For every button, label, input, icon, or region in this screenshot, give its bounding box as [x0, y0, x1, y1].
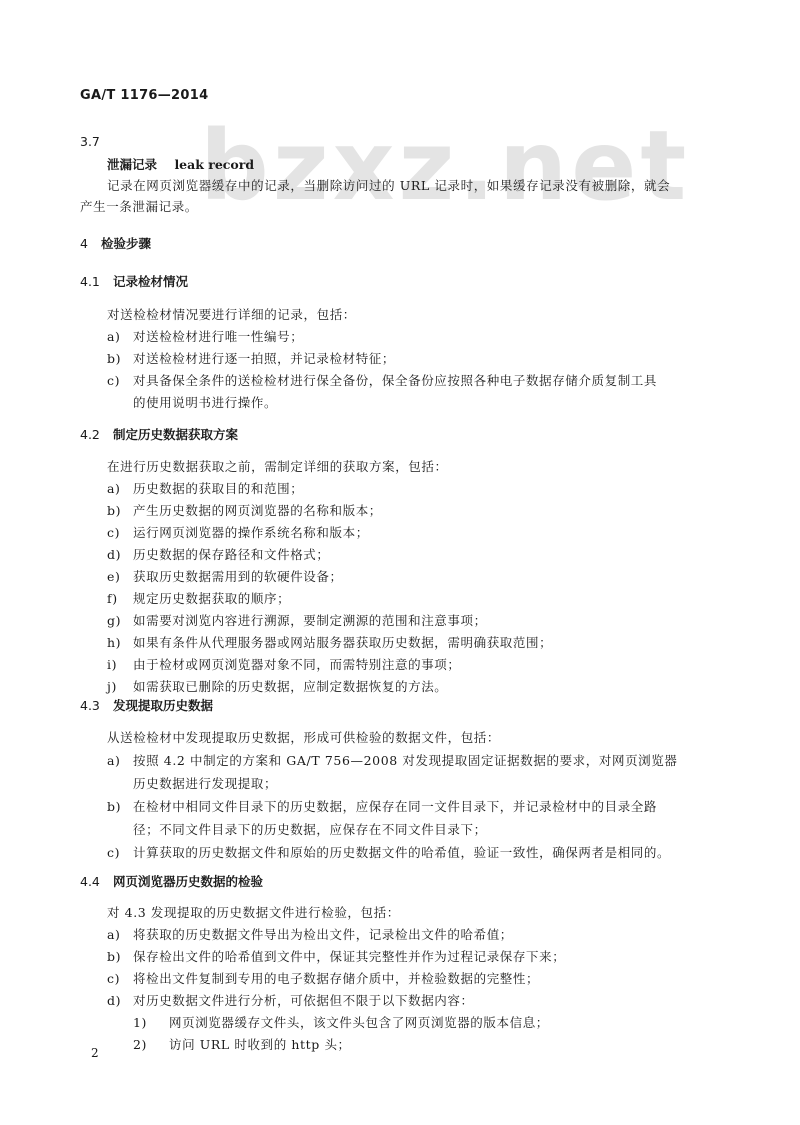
- list-item: c)运行网页浏览器的操作系统名称和版本；: [107, 523, 369, 541]
- document-page: GA/T 1176—2014 3.7 泄漏记录 leak record 记录在网…: [0, 0, 800, 1125]
- section-title: 发现提取历史数据: [113, 698, 213, 713]
- list-item: g)如需要对浏览内容进行溯源，要制定溯源的范围和注意事项；: [107, 611, 487, 629]
- list-item: j)如需获取已删除的历史数据，应制定数据恢复的方法。: [107, 677, 447, 695]
- list-item: h)如果有条件从代理服务器或网站服务器获取历史数据，需明确获取范围；: [107, 633, 552, 651]
- list-item: i)由于检材或网页浏览器对象不同，而需特别注意的事项；: [107, 655, 461, 673]
- list-item: a)对送检检材进行唯一性编号；: [107, 327, 303, 345]
- list-item: a)将获取的历史数据文件导出为检出文件，记录检出文件的哈希值；: [107, 925, 513, 943]
- list-item: e)获取历史数据需用到的软硬件设备；: [107, 567, 343, 585]
- list-item: b)对送检检材进行逐一拍照，并记录检材特征；: [107, 349, 395, 367]
- section-number: 4.3: [80, 698, 100, 713]
- section-number: 4.4: [80, 874, 100, 889]
- section-title: 记录检材情况: [113, 274, 188, 289]
- section-number: 4: [80, 236, 88, 251]
- list-item: b)保存检出文件的哈希值到文件中，保证其完整性并作为过程记录保存下来；: [107, 947, 565, 965]
- document-code: GA/T 1176—2014: [80, 88, 208, 103]
- term-definition-line-1: 记录在网页浏览器缓存中的记录，当删除访问过的 URL 记录时，如果缓存记录没有被…: [107, 176, 670, 194]
- section-title: 制定历史数据获取方案: [113, 427, 238, 442]
- section-4-1-heading: 4.1 记录检材情况: [80, 272, 188, 290]
- term-zh: 泄漏记录: [107, 157, 157, 172]
- list-item: a)历史数据的获取目的和范围；: [107, 479, 303, 497]
- list-item: b)在检材中相同文件目录下的历史数据，应保存在同一文件目录下，并记录检材中的目录…: [107, 797, 657, 815]
- list-item: c)将检出文件复制到专用的电子数据存储介质中，并检验数据的完整性；: [107, 969, 539, 987]
- sub-list-item: 1)网页浏览器缓存文件头，该文件头包含了网页浏览器的版本信息；: [133, 1013, 549, 1031]
- section-4-4-heading: 4.4 网页浏览器历史数据的检验: [80, 872, 263, 890]
- list-item-continuation: 历史数据进行发现提取；: [133, 774, 277, 792]
- section-4-4-intro: 对 4.3 发现提取的历史数据文件进行检验，包括：: [107, 903, 400, 921]
- page-number: 2: [91, 1046, 99, 1060]
- term-title: 泄漏记录 leak record: [107, 155, 254, 173]
- list-item: d)历史数据的保存路径和文件格式；: [107, 545, 330, 563]
- section-number: 4.1: [80, 274, 100, 289]
- list-item: a)按照 4.2 中制定的方案和 GA/T 756—2008 对发现提取固定证据…: [107, 751, 677, 769]
- section-4-heading: 4 检验步骤: [80, 234, 151, 252]
- section-title: 检验步骤: [101, 236, 151, 251]
- list-item: c)对具备保全条件的送检检材进行保全备份，保全备份应按照各种电子数据存储介质复制…: [107, 371, 657, 389]
- section-title: 网页浏览器历史数据的检验: [113, 874, 263, 889]
- list-item: d)对历史数据文件进行分析，可依据但不限于以下数据内容：: [107, 991, 474, 1009]
- term-en: leak record: [174, 157, 254, 172]
- list-item-continuation: 径；不同文件目录下的历史数据，应保存在不同文件目录下；: [133, 820, 487, 838]
- clause-number-3-7: 3.7: [80, 134, 100, 149]
- list-item: c)计算获取的历史数据文件和原始的历史数据文件的哈希值，验证一致性，确保两者是相…: [107, 843, 670, 861]
- list-item: f)规定历史数据获取的顺序；: [107, 589, 290, 607]
- section-number: 4.2: [80, 427, 100, 442]
- list-item-continuation: 的使用说明书进行操作。: [133, 393, 277, 411]
- section-4-3-intro: 从送检检材中发现提取历史数据，形成可供检验的数据文件，包括：: [107, 728, 500, 746]
- list-item: b)产生历史数据的网页浏览器的名称和版本；: [107, 501, 382, 519]
- section-4-1-intro: 对送检检材情况要进行详细的记录，包括：: [107, 305, 356, 323]
- section-4-3-heading: 4.3 发现提取历史数据: [80, 696, 213, 714]
- sub-list-item: 2)访问 URL 时收到的 http 头；: [133, 1035, 351, 1053]
- term-definition-line-2: 产生一条泄漏记录。: [80, 197, 198, 215]
- section-4-2-heading: 4.2 制定历史数据获取方案: [80, 425, 238, 443]
- section-4-2-intro: 在进行历史数据获取之前，需制定详细的获取方案，包括：: [107, 457, 448, 475]
